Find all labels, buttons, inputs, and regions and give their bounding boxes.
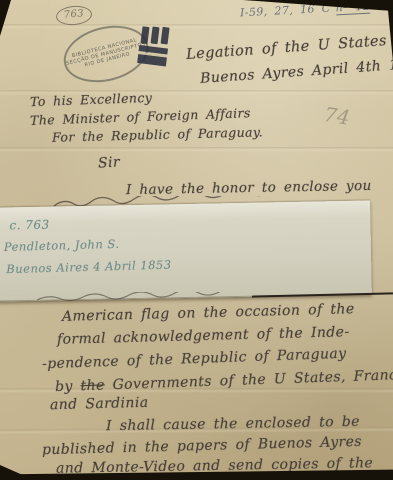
body-line: and Sardinia [50, 395, 149, 414]
struck-text: the [80, 377, 105, 394]
body-text: by [55, 378, 81, 395]
slip-place-date: Buenos Aires 4 Abril 1853 [6, 258, 172, 277]
pencil-page-number: 74 [322, 102, 352, 130]
catalog-slip: c. 763 Pendleton, John S. Buenos Aires 4… [0, 200, 372, 301]
body-text: and Sardinia [50, 395, 149, 414]
slip-reference-number: c. 763 [9, 218, 50, 233]
salutation: Sir [98, 154, 121, 171]
shelf-notation-number: nº 12 [335, 0, 370, 15]
slip-author-name: Pendleton, John S. [4, 237, 120, 254]
columns-emblem-stamp-icon [136, 24, 173, 72]
scanned-letter-page: 763 I-59, 27, 16 Cnº 12 74 BIBLIOTECA NA… [0, 0, 393, 480]
